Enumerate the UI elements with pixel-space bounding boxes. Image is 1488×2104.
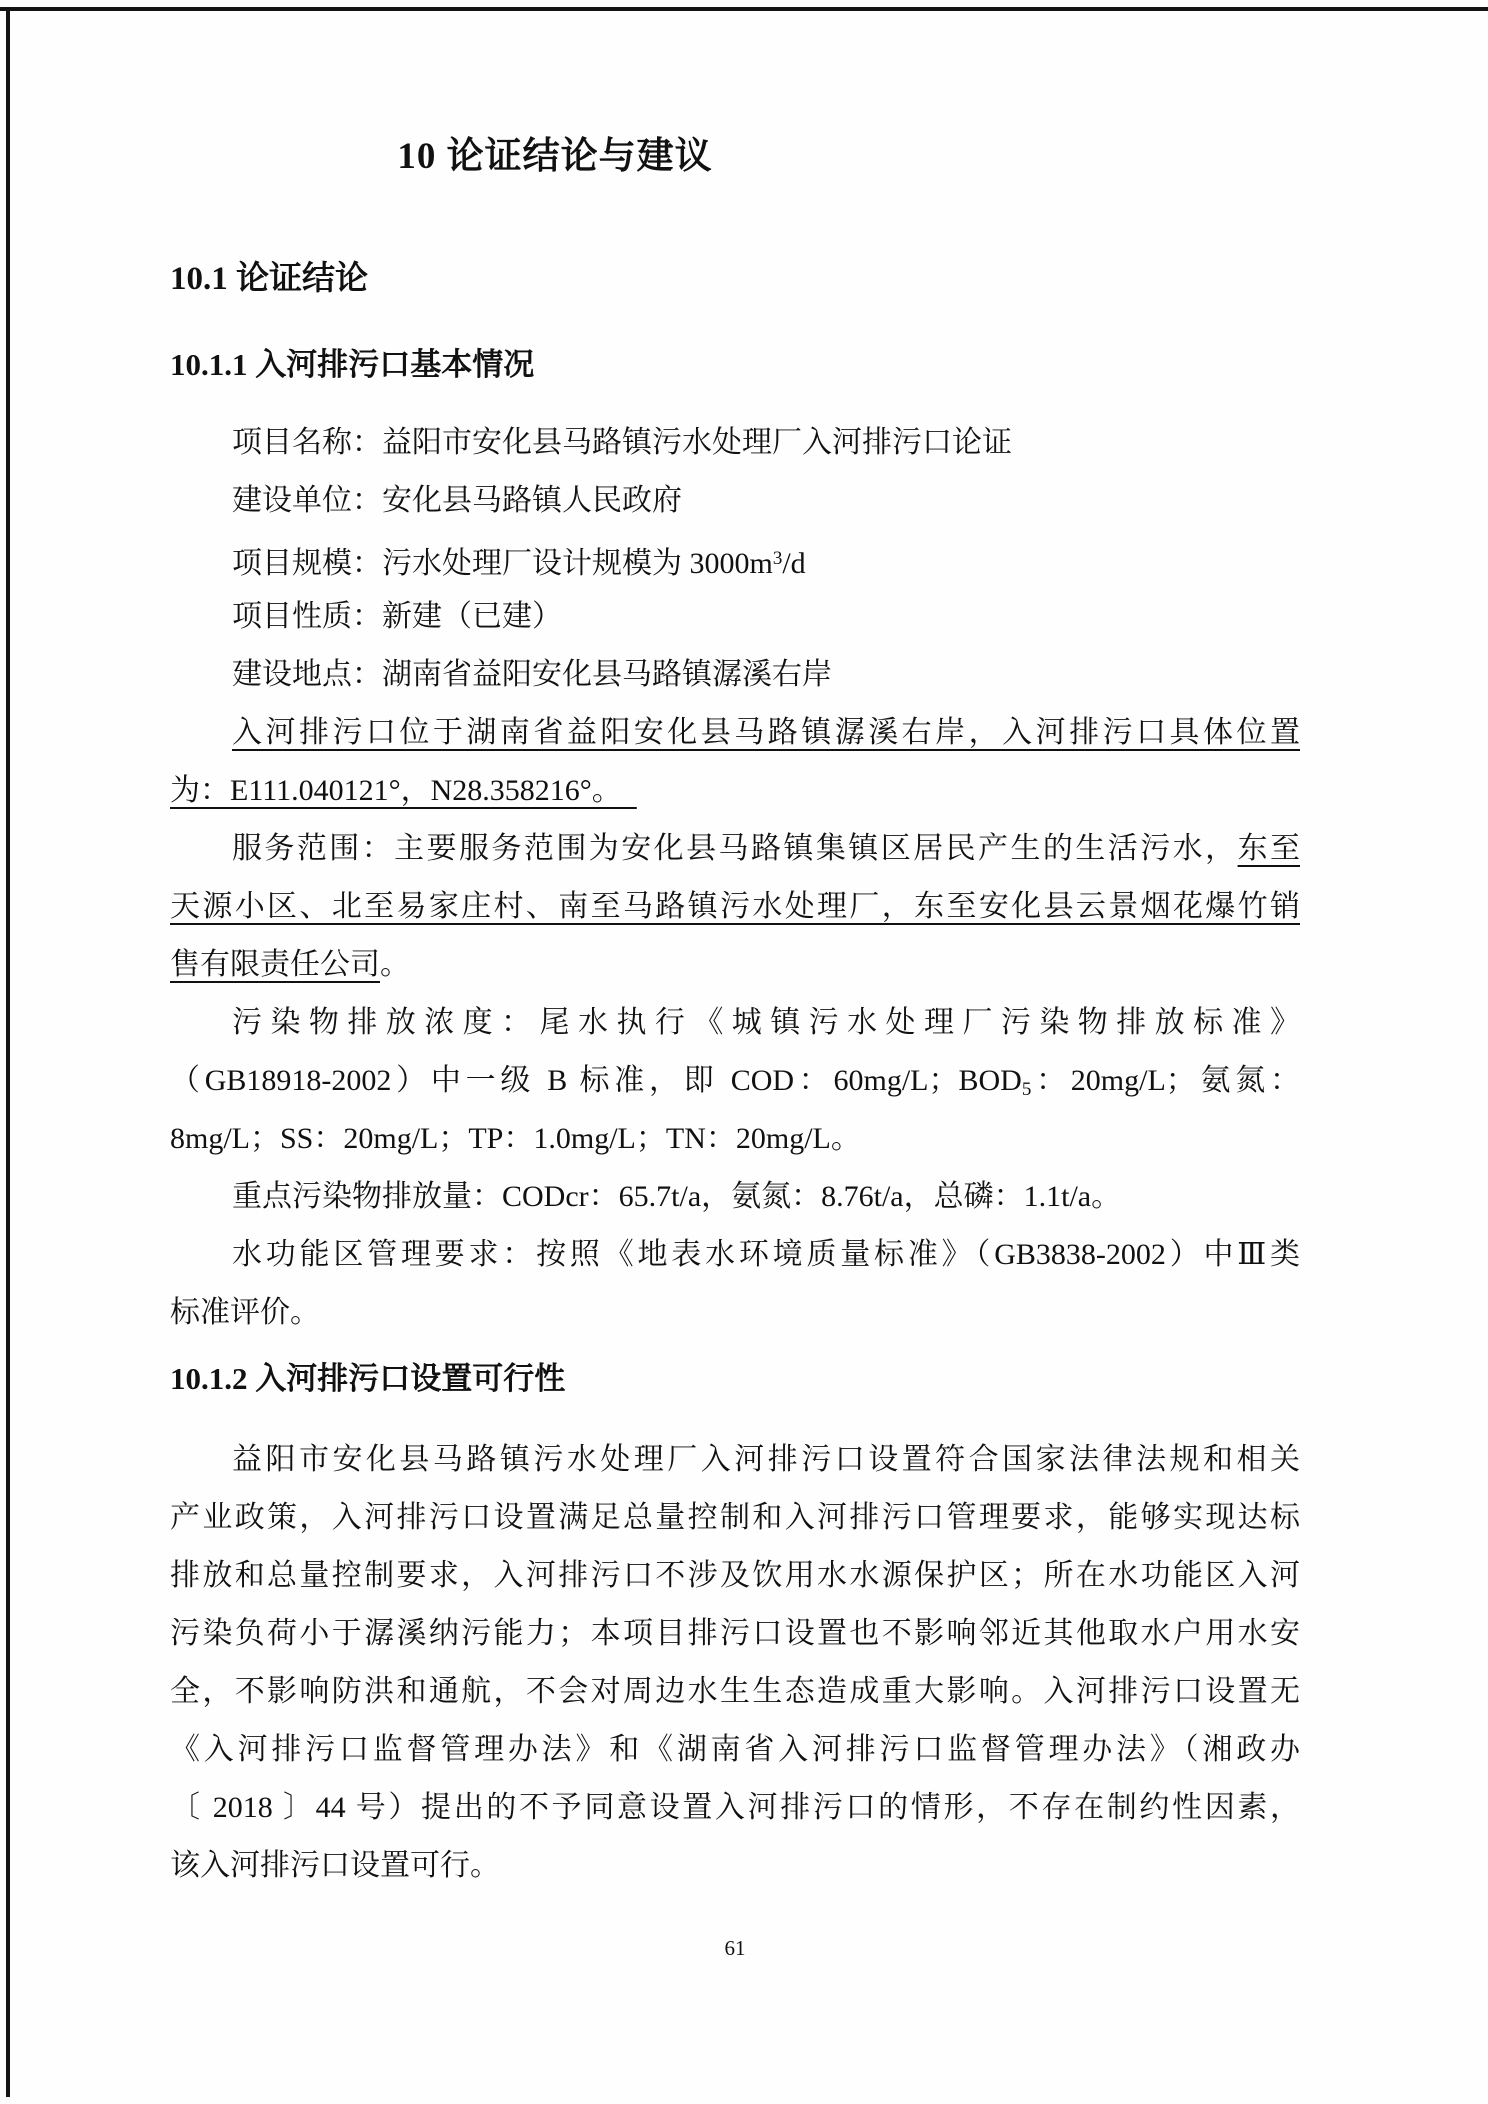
text-run: 项目规模：污水处理厂设计规模为 3000m — [232, 547, 773, 580]
body-line: 项目性质：新建（已建） — [170, 588, 1300, 646]
body-line: 排放和总量控制要求，入河排污口不涉及饮用水水源保护区；所在水功能区入河 — [170, 1547, 1300, 1605]
body-line: 《入河排污口监督管理办法》和《湖南省入河排污口监督管理办法》（湘政办 — [170, 1721, 1300, 1779]
text-run: 《入河排污口监督管理办法》和《湖南省入河排污口监督管理办法》（湘政办 — [170, 1733, 1300, 1766]
body-line: 全，不影响防洪和通航，不会对周边水生生态造成重大影响。入河排污口设置无 — [170, 1663, 1300, 1721]
body-line: 污染物排放浓度：尾水执行《城镇污水处理厂污染物排放标准》 — [170, 994, 1300, 1052]
text-run: 该入河排污口设置可行。 — [170, 1849, 500, 1882]
body-line: 重点污染物排放量：CODcr：65.7t/a，氨氮：8.76t/a，总磷：1.1… — [170, 1168, 1300, 1226]
page-number: 61 — [170, 1934, 1300, 1962]
text-run: 建设地点：湖南省益阳安化县马路镇潺溪右岸 — [232, 658, 832, 691]
chapter-title: 10 论证结论与建议 — [170, 132, 1300, 182]
text-run: （GB18918-2002）中一级 B 标准，即 COD：60mg/L；BOD — [170, 1064, 1022, 1097]
scan-border-left — [6, 7, 10, 2097]
body-line: 〔 2018 〕44 号）提出的不予同意设置入河排污口的情形，不存在制约性因素， — [170, 1779, 1300, 1837]
text-run: 标准评价。 — [170, 1296, 320, 1329]
text-run: 8mg/L；SS：20mg/L；TP：1.0mg/L；TN：20mg/L。 — [170, 1122, 861, 1155]
body-line: 为：E111.040121°，N28.358216°。 — [170, 762, 1300, 820]
text-run: ：20mg/L；氨氮： — [1031, 1064, 1300, 1097]
text-run: 污染物排放浓度：尾水执行《城镇污水处理厂污染物排放标准》 — [232, 1006, 1300, 1039]
section-heading-10-1: 10.1 论证结论 — [170, 256, 1300, 302]
body-line: 污染负荷小于潺溪纳污能力；本项目排污口设置也不影响邻近其他取水户用水安 — [170, 1605, 1300, 1663]
subsection-heading-10-1-1: 10.1.1 入河排污口基本情况 — [170, 344, 1300, 386]
body-line: 水功能区管理要求：按照《地表水环境质量标准》（GB3838-2002）中Ⅲ类 — [170, 1226, 1300, 1284]
body-line: 入河排污口位于湖南省益阳安化县马路镇潺溪右岸，入河排污口具体位置 — [170, 704, 1300, 762]
text-run: 天源小区、北至易家庄村、南至马路镇污水处理厂，东至安化县云景烟花爆竹销 — [170, 890, 1300, 923]
text-run: 3 — [773, 548, 783, 569]
body-line: 该入河排污口设置可行。 — [170, 1837, 1300, 1895]
body-line: 标准评价。 — [170, 1284, 1300, 1342]
body-line: 益阳市安化县马路镇污水处理厂入河排污口设置符合国家法律法规和相关 — [170, 1431, 1300, 1489]
text-run: 服务范围：主要服务范围为安化县马路镇集镇区居民产生的生活污水， — [232, 832, 1238, 865]
scan-border-top — [0, 7, 1488, 11]
text-run: 产业政策，入河排污口设置满足总量控制和入河排污口管理要求，能够实现达标 — [170, 1501, 1300, 1534]
body-line: 售有限责任公司。 — [170, 936, 1300, 994]
body-line: 建设单位：安化县马路镇人民政府 — [170, 472, 1300, 530]
text-run: 5 — [1022, 1079, 1032, 1100]
subsection-heading-10-1-2: 10.1.2 入河排污口设置可行性 — [170, 1358, 1300, 1400]
text-run: 益阳市安化县马路镇污水处理厂入河排污口设置符合国家法律法规和相关 — [232, 1443, 1300, 1476]
text-run: 建设单位：安化县马路镇人民政府 — [232, 484, 682, 517]
text-run: 东至 — [1238, 832, 1300, 865]
body-line: 8mg/L；SS：20mg/L；TP：1.0mg/L；TN：20mg/L。 — [170, 1110, 1300, 1168]
body-line: 项目规模：污水处理厂设计规模为 3000m3/d — [170, 530, 1300, 588]
text-run: 全，不影响防洪和通航，不会对周边水生生态造成重大影响。入河排污口设置无 — [170, 1675, 1300, 1708]
body-line: 服务范围：主要服务范围为安化县马路镇集镇区居民产生的生活污水，东至 — [170, 820, 1300, 878]
text-run: /d — [782, 547, 805, 580]
text-run: 售有限责任公司 — [170, 948, 380, 981]
body-line: 天源小区、北至易家庄村、南至马路镇污水处理厂，东至安化县云景烟花爆竹销 — [170, 878, 1300, 936]
text-run: 重点污染物排放量：CODcr：65.7t/a，氨氮：8.76t/a，总磷：1.1… — [232, 1180, 1121, 1213]
text-run: 水功能区管理要求：按照《地表水环境质量标准》（GB3838-2002）中Ⅲ类 — [232, 1238, 1300, 1271]
text-run: 入河排污口位于湖南省益阳安化县马路镇潺溪右岸，入河排污口具体位置 — [232, 716, 1300, 749]
body-line: 产业政策，入河排污口设置满足总量控制和入河排污口管理要求，能够实现达标 — [170, 1489, 1300, 1547]
body-line: 建设地点：湖南省益阳安化县马路镇潺溪右岸 — [170, 646, 1300, 704]
text-run: 〔 2018 〕44 号）提出的不予同意设置入河排污口的情形，不存在制约性因素， — [170, 1791, 1300, 1824]
text-run: 为：E111.040121°，N28.358216°。 — [170, 774, 637, 807]
text-run: 污染负荷小于潺溪纳污能力；本项目排污口设置也不影响邻近其他取水户用水安 — [170, 1617, 1300, 1650]
body-line: （GB18918-2002）中一级 B 标准，即 COD：60mg/L；BOD5… — [170, 1052, 1300, 1110]
text-run: 排放和总量控制要求，入河排污口不涉及饮用水水源保护区；所在水功能区入河 — [170, 1559, 1300, 1592]
document-page: 10 论证结论与建议 10.1 论证结论 10.1.1 入河排污口基本情况 10… — [0, 0, 1488, 2104]
body-line: 项目名称：益阳市安化县马路镇污水处理厂入河排污口论证 — [170, 414, 1300, 472]
text-run: 项目性质：新建（已建） — [232, 600, 562, 633]
text-run: 项目名称：益阳市安化县马路镇污水处理厂入河排污口论证 — [232, 426, 1012, 459]
text-run: 。 — [380, 948, 410, 981]
